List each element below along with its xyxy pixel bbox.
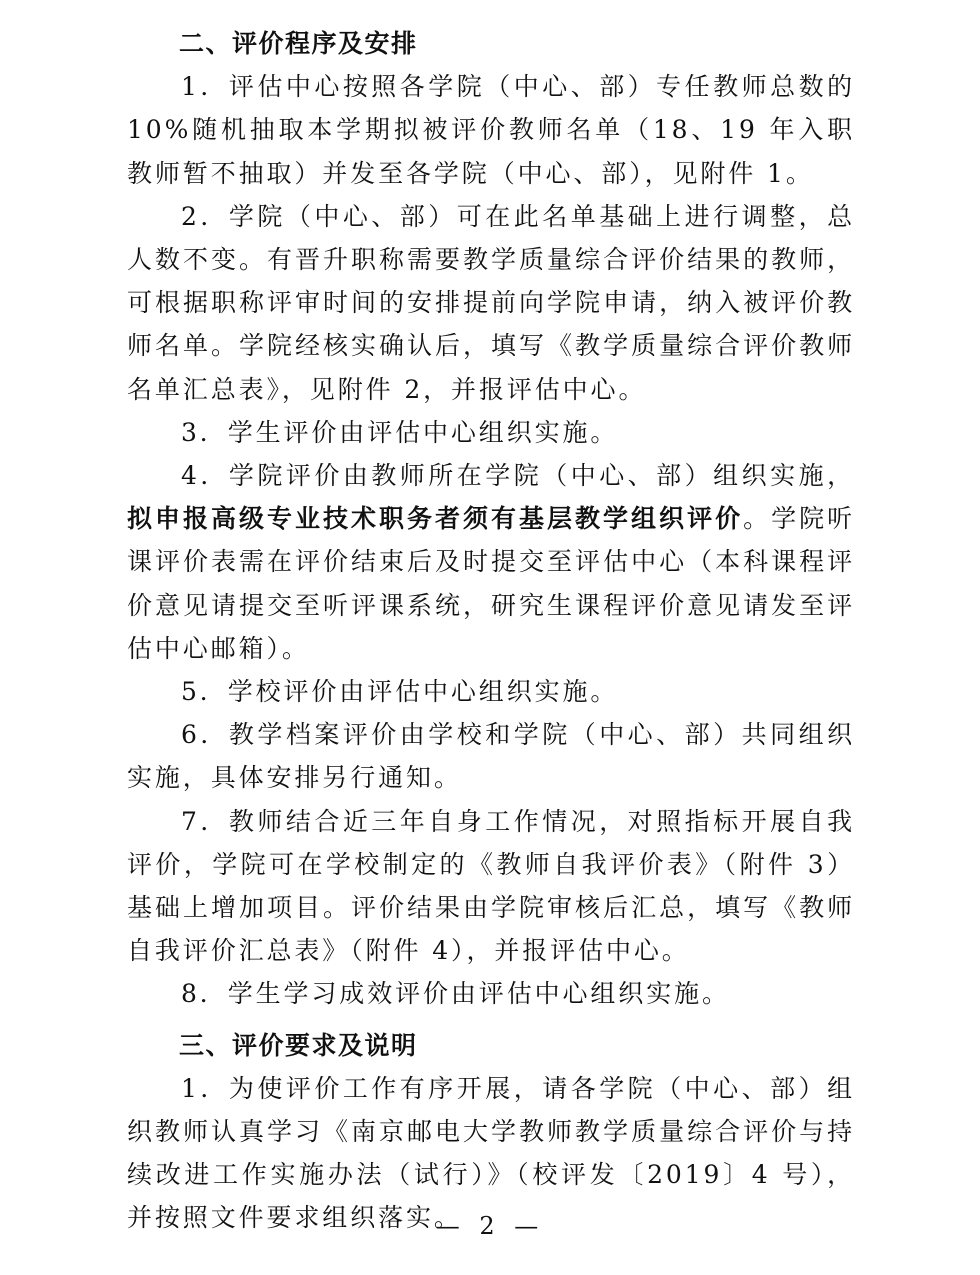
section-heading-procedure: 二、评价程序及安排 — [127, 22, 855, 65]
paragraph-item-5: 5．学校评价由评估中心组织实施。 — [127, 670, 855, 713]
paragraph-item-6: 6．教学档案评价由学校和学院（中心、部）共同组织实施，具体安排另行通知。 — [127, 713, 855, 799]
paragraph-item-2: 2．学院（中心、部）可在此名单基础上进行调整，总人数不变。有晋升职称需要教学质量… — [127, 195, 855, 411]
paragraph-item-8: 8．学生学习成效评价由评估中心组织实施。 — [127, 972, 855, 1015]
item-4-text-pre: 4．学院评价由教师所在学院（中心、部）组织实施， — [181, 461, 855, 490]
section-spacer — [127, 1016, 855, 1024]
paragraph-item-1: 1．评估中心按照各学院（中心、部）专任教师总数的 10%随机抽取本学期拟被评价教… — [127, 65, 855, 195]
paragraph-item-7: 7．教师结合近三年自身工作情况，对照指标开展自我评价，学院可在学校制定的《教师自… — [127, 800, 855, 973]
section-heading-requirements: 三、评价要求及说明 — [127, 1024, 855, 1067]
item-4-text-bold: 拟申报高级专业技术职务者须有基层教学组织评价 — [127, 504, 743, 533]
paragraph-item-4: 4．学院评价由教师所在学院（中心、部）组织实施，拟申报高级专业技术职务者须有基层… — [127, 454, 855, 670]
document-page: 二、评价程序及安排 1．评估中心按照各学院（中心、部）专任教师总数的 10%随机… — [127, 22, 855, 1240]
page-number: — 2 — — [0, 1212, 980, 1240]
paragraph-item-3: 3．学生评价由评估中心组织实施。 — [127, 411, 855, 454]
